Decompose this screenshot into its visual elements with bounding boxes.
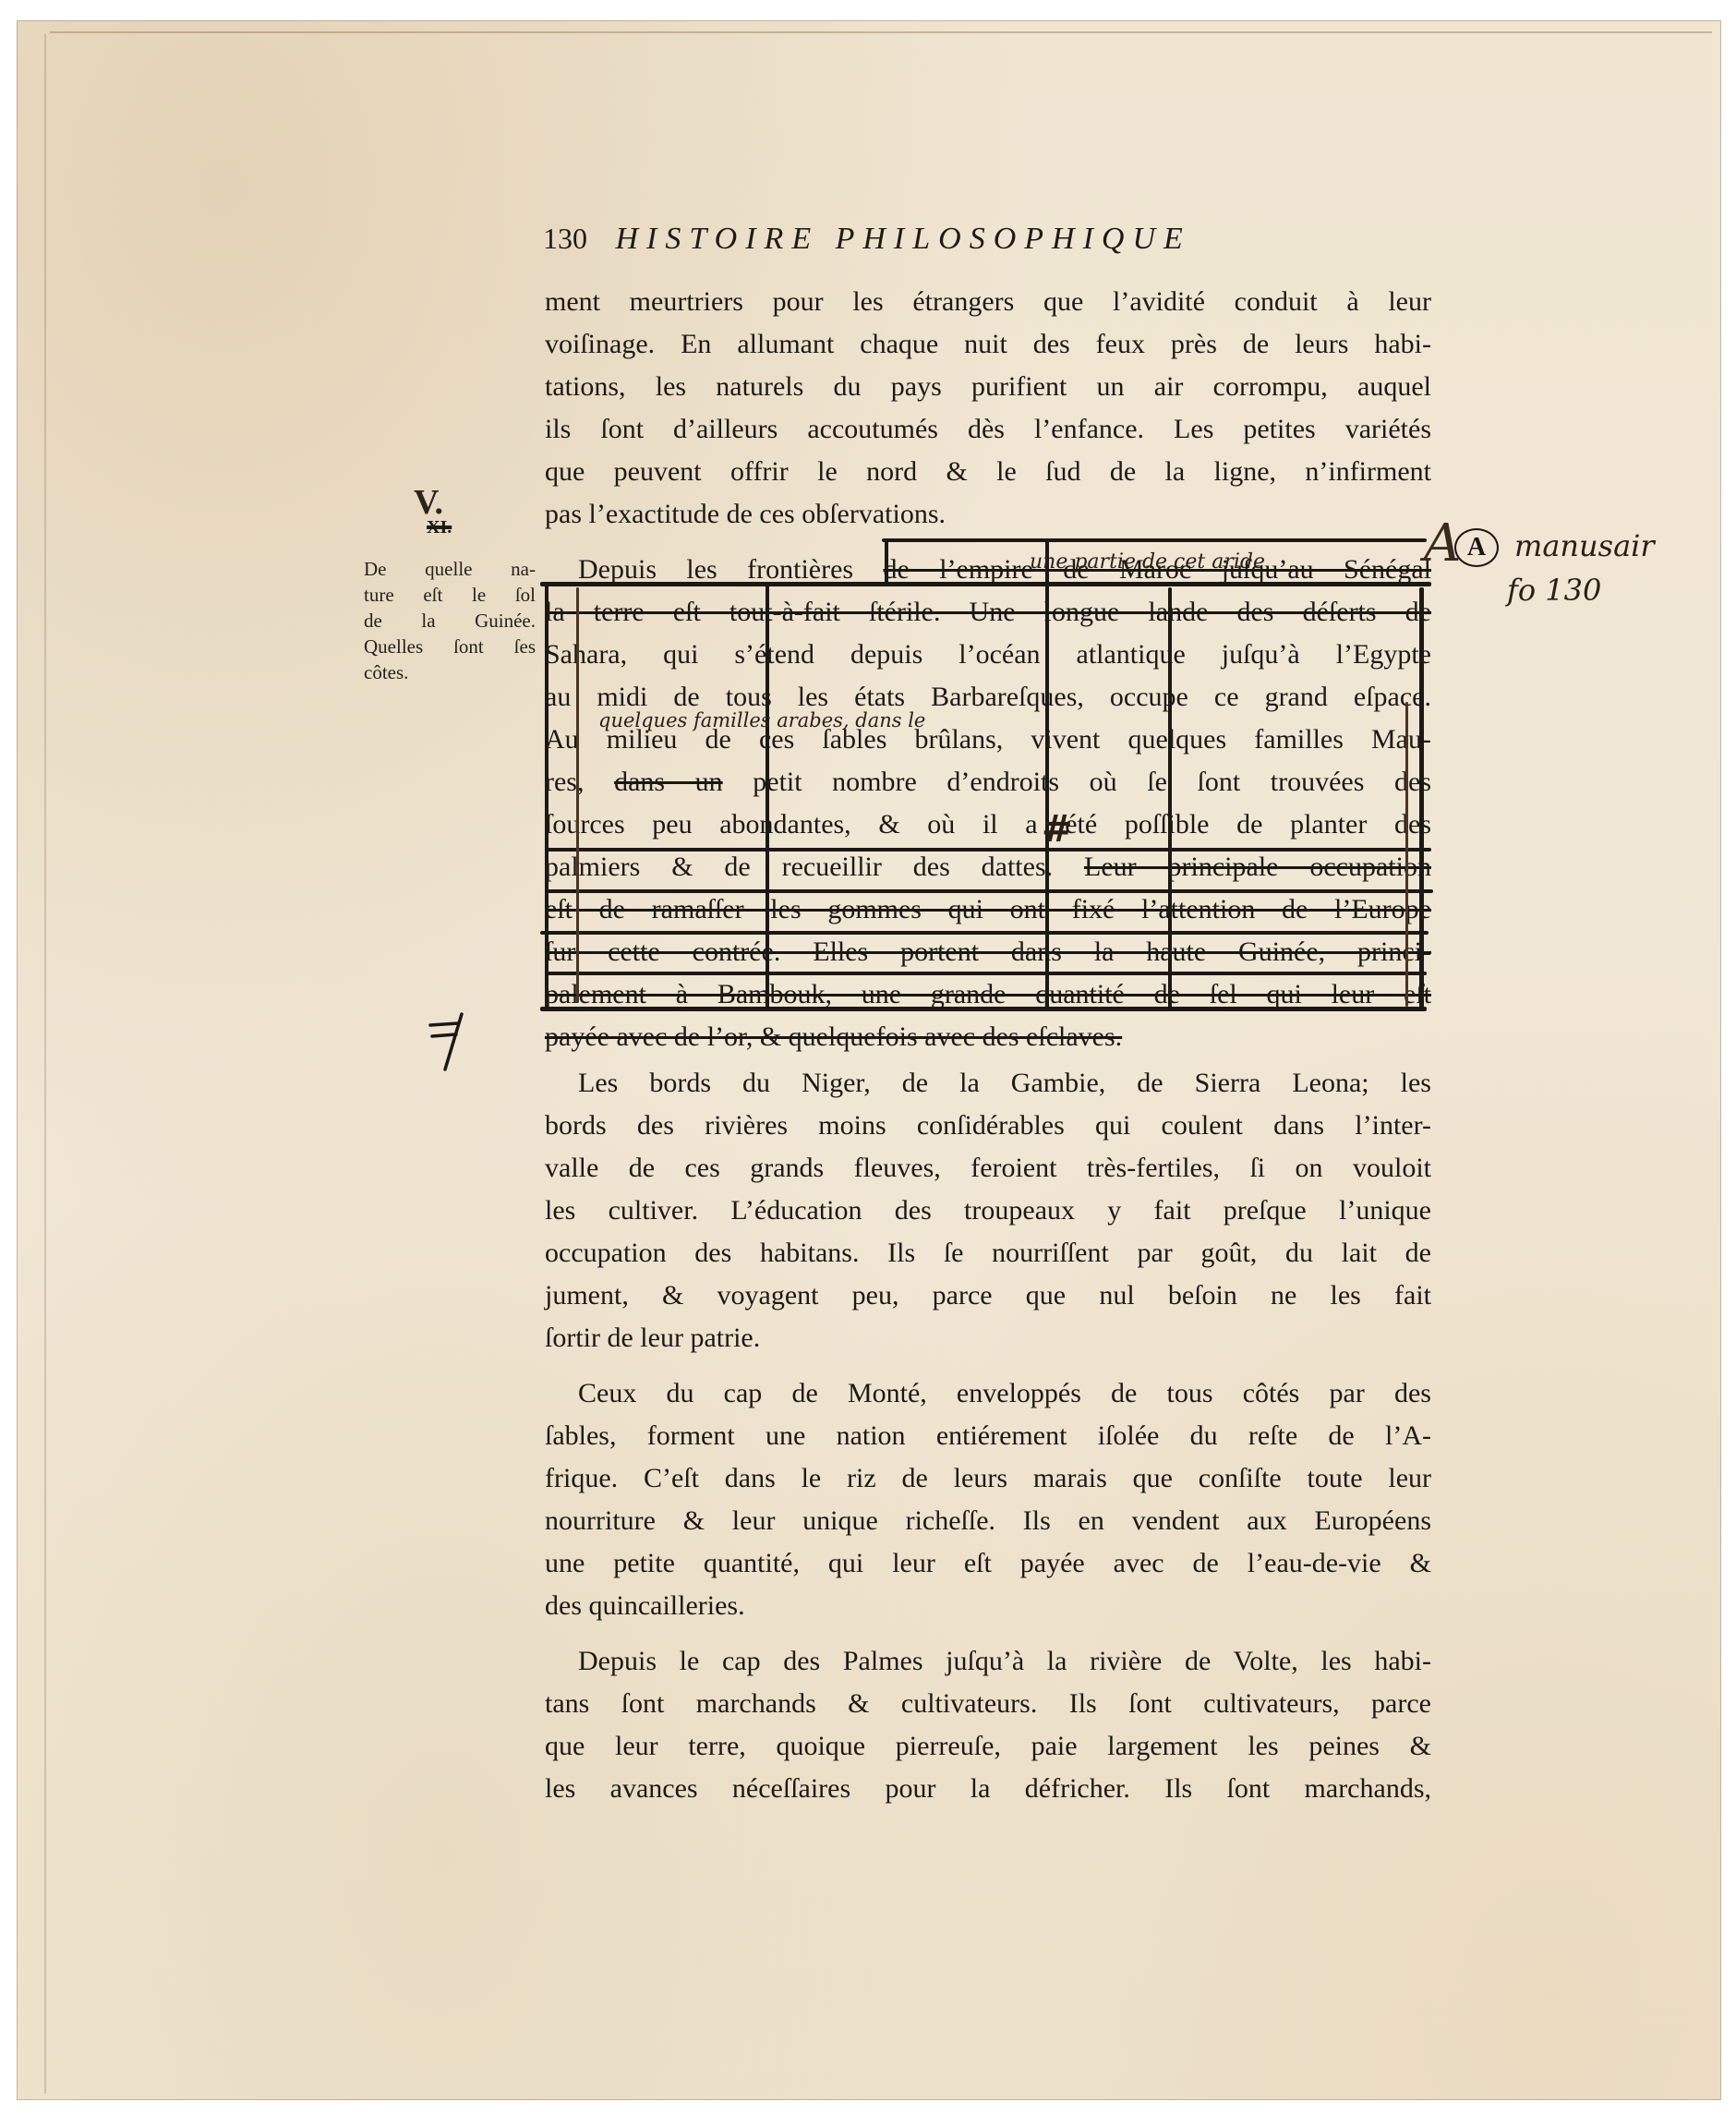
text-line: jument, & voyagent peu, parce que nul be… [545,1274,1431,1317]
ink-rule [545,848,1431,852]
ink-rule [545,972,1427,975]
text-line: que peuvent offrir le nord & le ſud de l… [545,451,1431,493]
page-number: 130 [543,222,587,255]
text-line: les cultiver. L’éducation des troupeaux … [545,1190,1431,1232]
left-margin-mark-icon [427,1012,467,1071]
page-edge-fold-top [50,31,1712,33]
text-line: ment meurtriers pour les étrangers que l… [545,281,1431,323]
ink-rule [1168,587,1172,1010]
text-line: bords des rivières moins conſidérables q… [545,1105,1431,1147]
ink-rule [766,584,769,1009]
running-head: 130 HISTOIRE PHILOSOPHIQUE [543,222,1429,262]
text-line: payée avec de l’or, & quelquefois avec d… [545,1016,1431,1058]
struck-text: ſur cette contrée. Elles portent dans la… [545,936,1431,967]
text-line: les avances néceſſaires pour la défriche… [545,1768,1431,1810]
running-title: HISTOIRE PHILOSOPHIQUE [616,222,1191,256]
handwritten-insertion: une partie de cet aride [1030,550,1265,574]
text-line: palmiers & de recueillir des dattes. Leu… [545,846,1431,888]
marginal-note-line: Quelles ſont ſes [364,634,536,659]
margin-note-line: fo 130 [1507,573,1601,608]
struck-text: la terre eſt tout-à-fait ſtérile. Une lo… [545,597,1431,627]
paragraph-5: Depuis le cap des Palmes juſqu’à la rivi… [545,1640,1431,1810]
paragraph-4: Ceux du cap de Monté, enveloppés de tous… [545,1372,1431,1627]
text-line: que leur terre, quoique pierreuſe, paie … [545,1725,1431,1768]
margin-note-line: manusair [1514,528,1655,563]
struck-text: payée avec de l’or, & quelquefois avec d… [545,1021,1122,1052]
text-line: ſables, forment une nation entiérement i… [545,1415,1431,1457]
ink-rule [882,538,1427,542]
ink-rule [885,538,888,585]
body-text: ment meurtriers pour les étrangers que l… [545,281,1431,1810]
struck-text: palement à Bambouk, une grande quantité … [545,979,1431,1009]
ink-rule [576,587,579,1003]
text-line: pas l’exactitude de ces obſervations. [545,493,1431,536]
text-span: palmiers & de recueillir des dattes. [545,852,1084,882]
text-line: voiſinage. En allumant chaque nuit des f… [545,323,1431,366]
text-span: au midi de tous les états Barbareſques, … [545,682,1431,712]
text-line: Sahara, qui s’étend depuis l’océan atlan… [545,634,1431,676]
text-line: ils ſont d’ailleurs accoutumés dès l’enf… [545,408,1431,451]
ink-rule [545,582,549,1010]
text-line: une petite quantité, qui leur eſt payée … [545,1542,1431,1585]
text-line: occupation des habitans. Ils ſe nourriſſ… [545,1232,1431,1274]
text-span: depuis l’océan atlantique juſqu’à l’Egyp… [850,639,1431,670]
text-line: Ceux du cap de Monté, enveloppés de tous… [545,1372,1431,1415]
circled-a-marker: A [1454,528,1499,567]
text-line: frique. C’eſt dans le riz de leurs marai… [545,1457,1431,1500]
struck-text: dans un [614,767,723,797]
text-line: eſt de ramaſſer les gommes qui ont fixé … [545,888,1431,931]
paragraph-3: Les bords du Niger, de la Gambie, de Sie… [545,1062,1431,1359]
ink-rule [540,931,1429,935]
ink-rule [1405,702,1408,1007]
text-span: Depuis les frontières [578,554,883,585]
ink-rule [1045,538,1049,1009]
text-line: ſortir de leur patrie. [545,1317,1431,1359]
text-span: res, [545,767,614,797]
struck-text: Leur principale occupation [1084,852,1431,882]
text-line: valle de ces grands fleuves, feroient tr… [545,1147,1431,1190]
text-line: des quincailleries. [545,1585,1431,1627]
text-line: ſur cette contrée. Elles portent dans la… [545,931,1431,973]
text-span: ſources peu abondantes, & où il a été po… [545,809,1431,840]
text-line: res, dans un petit nombre d’endroits où … [545,761,1431,803]
text-line: ſources peu abondantes, & où il a été po… [545,803,1431,846]
handwritten-pilcrow-mark: # [1042,807,1073,851]
marginal-note-line: ture eſt le ſol [364,582,536,608]
text-line: tations, les naturels du pays purifient … [545,366,1431,408]
text-line: Les bords du Niger, de la Gambie, de Sie… [545,1062,1431,1105]
text-line: Depuis le cap des Palmes juſqu’à la rivi… [545,1640,1431,1683]
ink-rule [540,582,1431,586]
ink-rule [540,1007,1427,1011]
text-line: nourriture & leur unique richeſſe. Ils e… [545,1500,1431,1542]
handwritten-insertion: quelques familles arabes, dans le [598,709,925,731]
ink-rule [545,889,1433,893]
text-span: petit nombre d’endroits où ſe ſont trouv… [723,767,1431,797]
text-span: Sahara, qui s’étend [545,639,850,670]
section-number-struck: XI. [427,517,452,538]
ink-rule [1419,587,1424,1009]
marginal-note-line: de la Guinée. [364,608,536,634]
text-line: la terre eſt tout-à-fait ſtérile. Une lo… [545,591,1431,634]
marginal-note-line: côtes. [364,659,536,685]
struck-text: eſt de ramaſſer les gommes qui ont fixé … [545,894,1431,924]
paragraph-2-annotated: Depuis les frontières de l’empire de Mar… [545,549,1431,1058]
marginal-note: De quelle na- ture eſt le ſol de la Guin… [364,556,536,685]
marginal-note-line: De quelle na- [364,556,536,582]
text-line: tans ſont marchands & cultivateurs. Ils … [545,1683,1431,1725]
page-edge-fold-left [44,34,46,2094]
paragraph-1: ment meurtriers pour les étrangers que l… [545,281,1431,536]
